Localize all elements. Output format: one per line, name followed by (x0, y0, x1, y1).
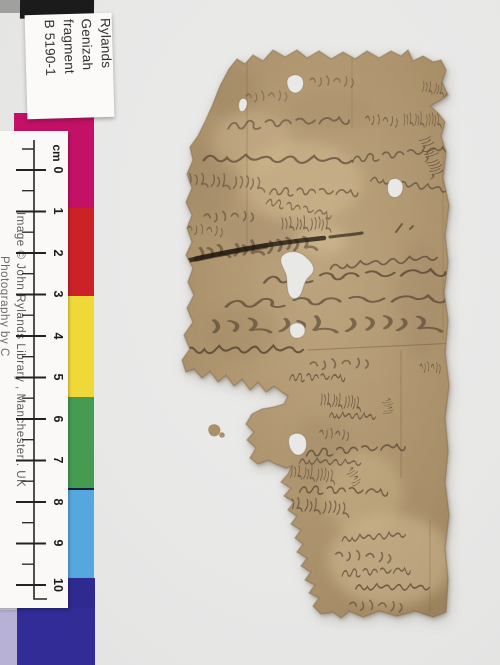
fragment-island (209, 425, 225, 438)
manuscript-fragment (0, 0, 500, 665)
photo-stage: Rylands Genizah fragment B 5190-1 Image … (0, 0, 500, 665)
paper-texture (170, 35, 470, 635)
